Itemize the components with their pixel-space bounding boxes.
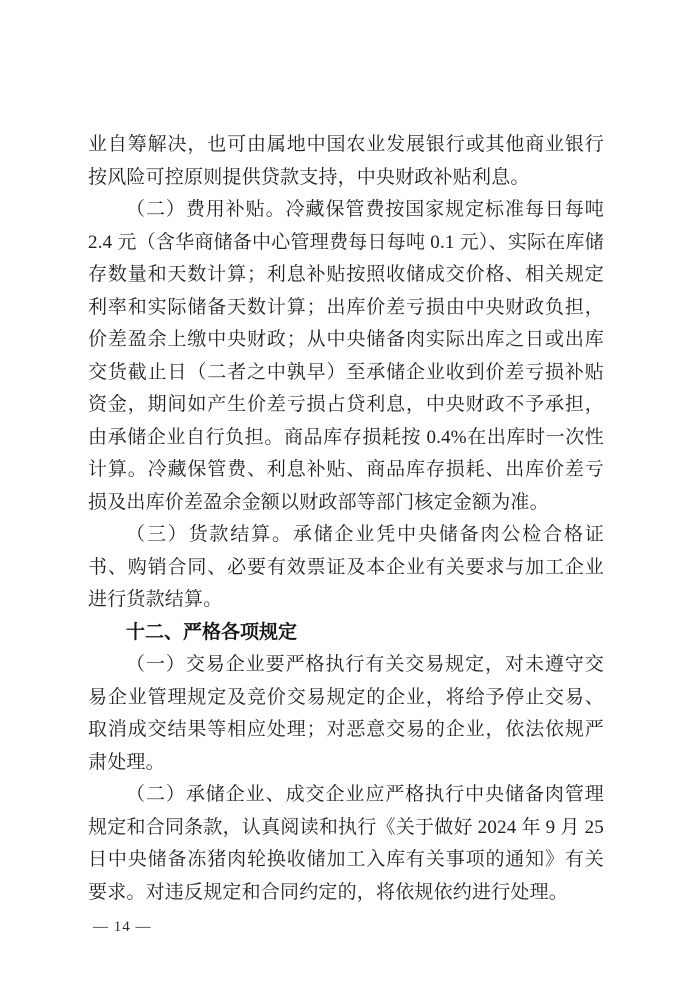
paragraph-storage-compliance: （二）承储企业、成交企业应严格执行中央储备肉管理规定和合同条款，认真阅读和执行《… <box>88 779 604 909</box>
paragraph-fee-subsidy: （二）费用补贴。冷藏保管费按国家规定标准每日每吨 2.4 元（含华商储备中心管理… <box>88 194 604 519</box>
section-heading-twelve: 十二、严格各项规定 <box>88 617 604 650</box>
text-block: 业自筹解决，也可由属地中国农业发展银行或其他商业银行按风险可控原则提供贷款支持，… <box>88 129 604 909</box>
paragraph-payment-settlement: （三）货款结算。承储企业凭中央储备肉公检合格证书、购销合同、必要有效票证及本企业… <box>88 519 604 617</box>
paragraph-loan-continuation: 业自筹解决，也可由属地中国农业发展银行或其他商业银行按风险可控原则提供贷款支持，… <box>88 129 604 194</box>
document-page: 业自筹解决，也可由属地中国农业发展银行或其他商业银行按风险可控原则提供贷款支持，… <box>0 0 700 989</box>
paragraph-trading-rules: （一）交易企业要严格执行有关交易规定，对未遵守交易企业管理规定及竞价交易规定的企… <box>88 649 604 779</box>
page-number: — 14 — <box>93 917 152 937</box>
